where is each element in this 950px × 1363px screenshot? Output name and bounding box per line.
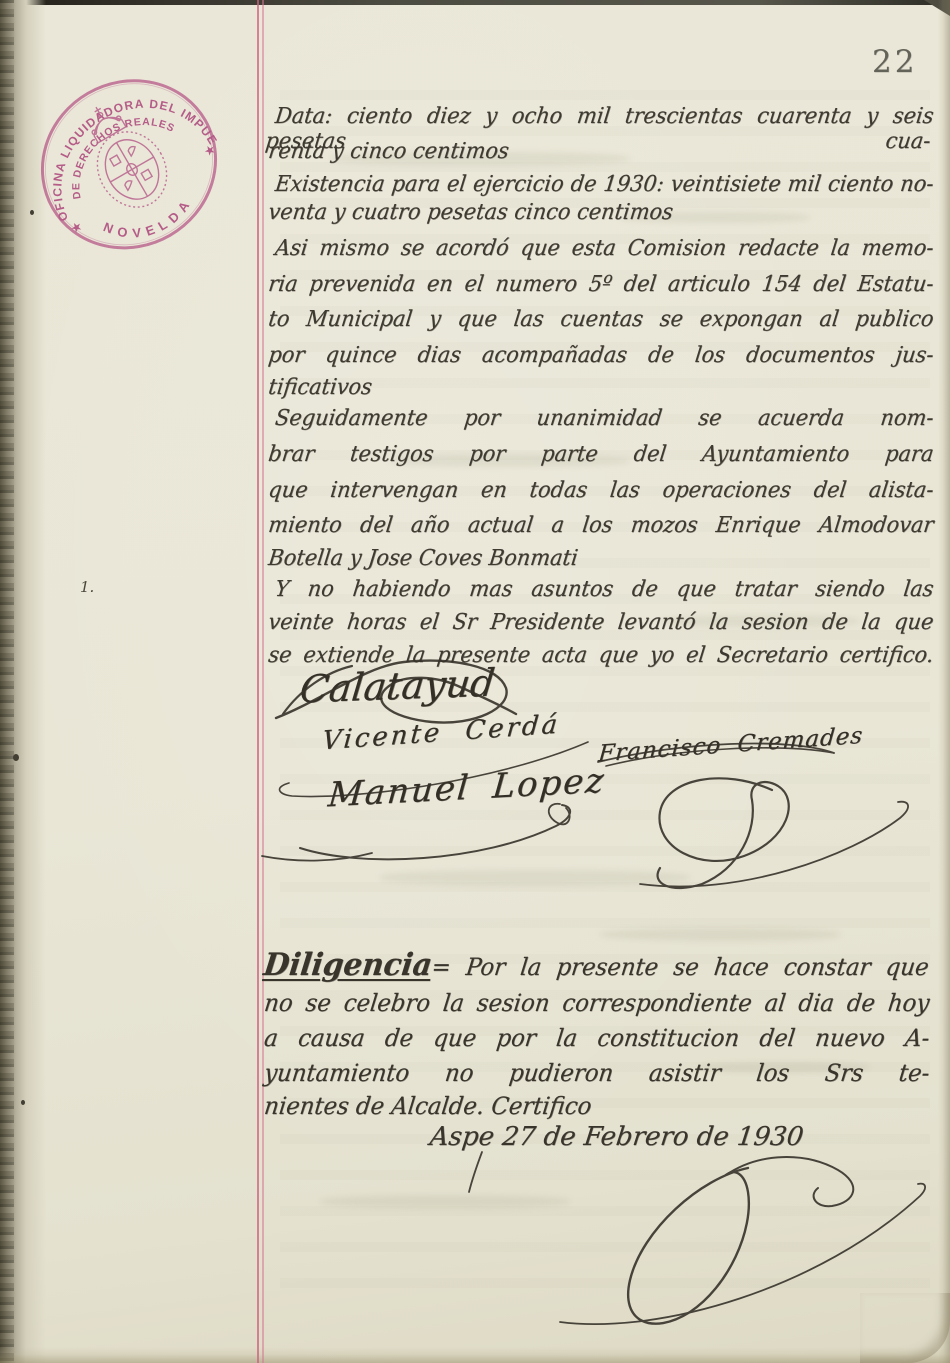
diligencia-line: nientes de Alcalde. Certifico [263, 1093, 931, 1121]
ink-speck [30, 210, 34, 215]
manuscript-line: Botella y Jose Coves Bonmati [267, 546, 935, 571]
manuscript-line: venta y cuatro pesetas cinco centimos [267, 200, 935, 225]
diligencia-keyword: Diligencia [262, 947, 434, 983]
diligencia-line: a causa de que por la constitucion del n… [263, 1025, 931, 1053]
scanned-minutes-page: 22 OFICINA LIQUIDADORA DEL IMPUESTO DE D… [0, 0, 950, 1363]
bleed-streak [600, 928, 840, 941]
manuscript-line: Existencia para el ejercicio de 1930: ve… [267, 172, 935, 197]
manuscript-line: Y no habiendo mas asuntos de que tratar … [267, 577, 935, 602]
margin-ruled-line [262, 0, 264, 1363]
page-edge-right [938, 0, 950, 1363]
manuscript-line: por quince dias acompañadas de los docum… [267, 343, 935, 368]
page-edge-bottom [0, 1347, 950, 1363]
margin-ruled-line [257, 0, 259, 1363]
ink-speck [13, 754, 19, 761]
bleed-streak [380, 870, 690, 885]
ink-speck [21, 1100, 25, 1105]
page-number: 22 [872, 44, 917, 80]
manuscript-line: brar testigos por parte del Ayuntamiento… [267, 442, 935, 467]
date-line: Aspe 27 de Febrero de 1930 [428, 1122, 805, 1152]
manuscript-line: to Municipal y que las cuentas se expong… [267, 307, 935, 332]
diligencia-line: no se celebro la sesion correspondiente … [263, 990, 931, 1018]
diligencia-text: = Por la presente se hace constar que [430, 953, 930, 981]
diligencia-line: yuntamiento no pudieron asistir los Srs … [263, 1060, 931, 1088]
manuscript-line: veinte horas el Sr Presidente levantó la… [267, 610, 935, 635]
manuscript-line: Seguidamente por unanimidad se acuerda n… [267, 406, 935, 431]
manuscript-line: renta y cinco centimos [267, 139, 935, 164]
signature-calatayud: Calatayud [298, 661, 497, 712]
binding-texture [0, 0, 14, 1363]
manuscript-line: miento del año actual a los mozos Enriqu… [267, 513, 935, 538]
bleed-streak [320, 1195, 570, 1208]
margin-note: 1. [80, 578, 94, 596]
manuscript-line: ria prevenida en el numero 5º del articu… [267, 272, 935, 297]
diligencia-line: Diligencia= Por la presente se hace cons… [262, 948, 931, 984]
manuscript-line: que intervengan en todas las operaciones… [267, 478, 935, 503]
manuscript-line: tificativos [267, 375, 935, 400]
manuscript-line: Asi mismo se acordó que esta Comision re… [267, 236, 935, 261]
scan-top-edge [0, 0, 950, 5]
